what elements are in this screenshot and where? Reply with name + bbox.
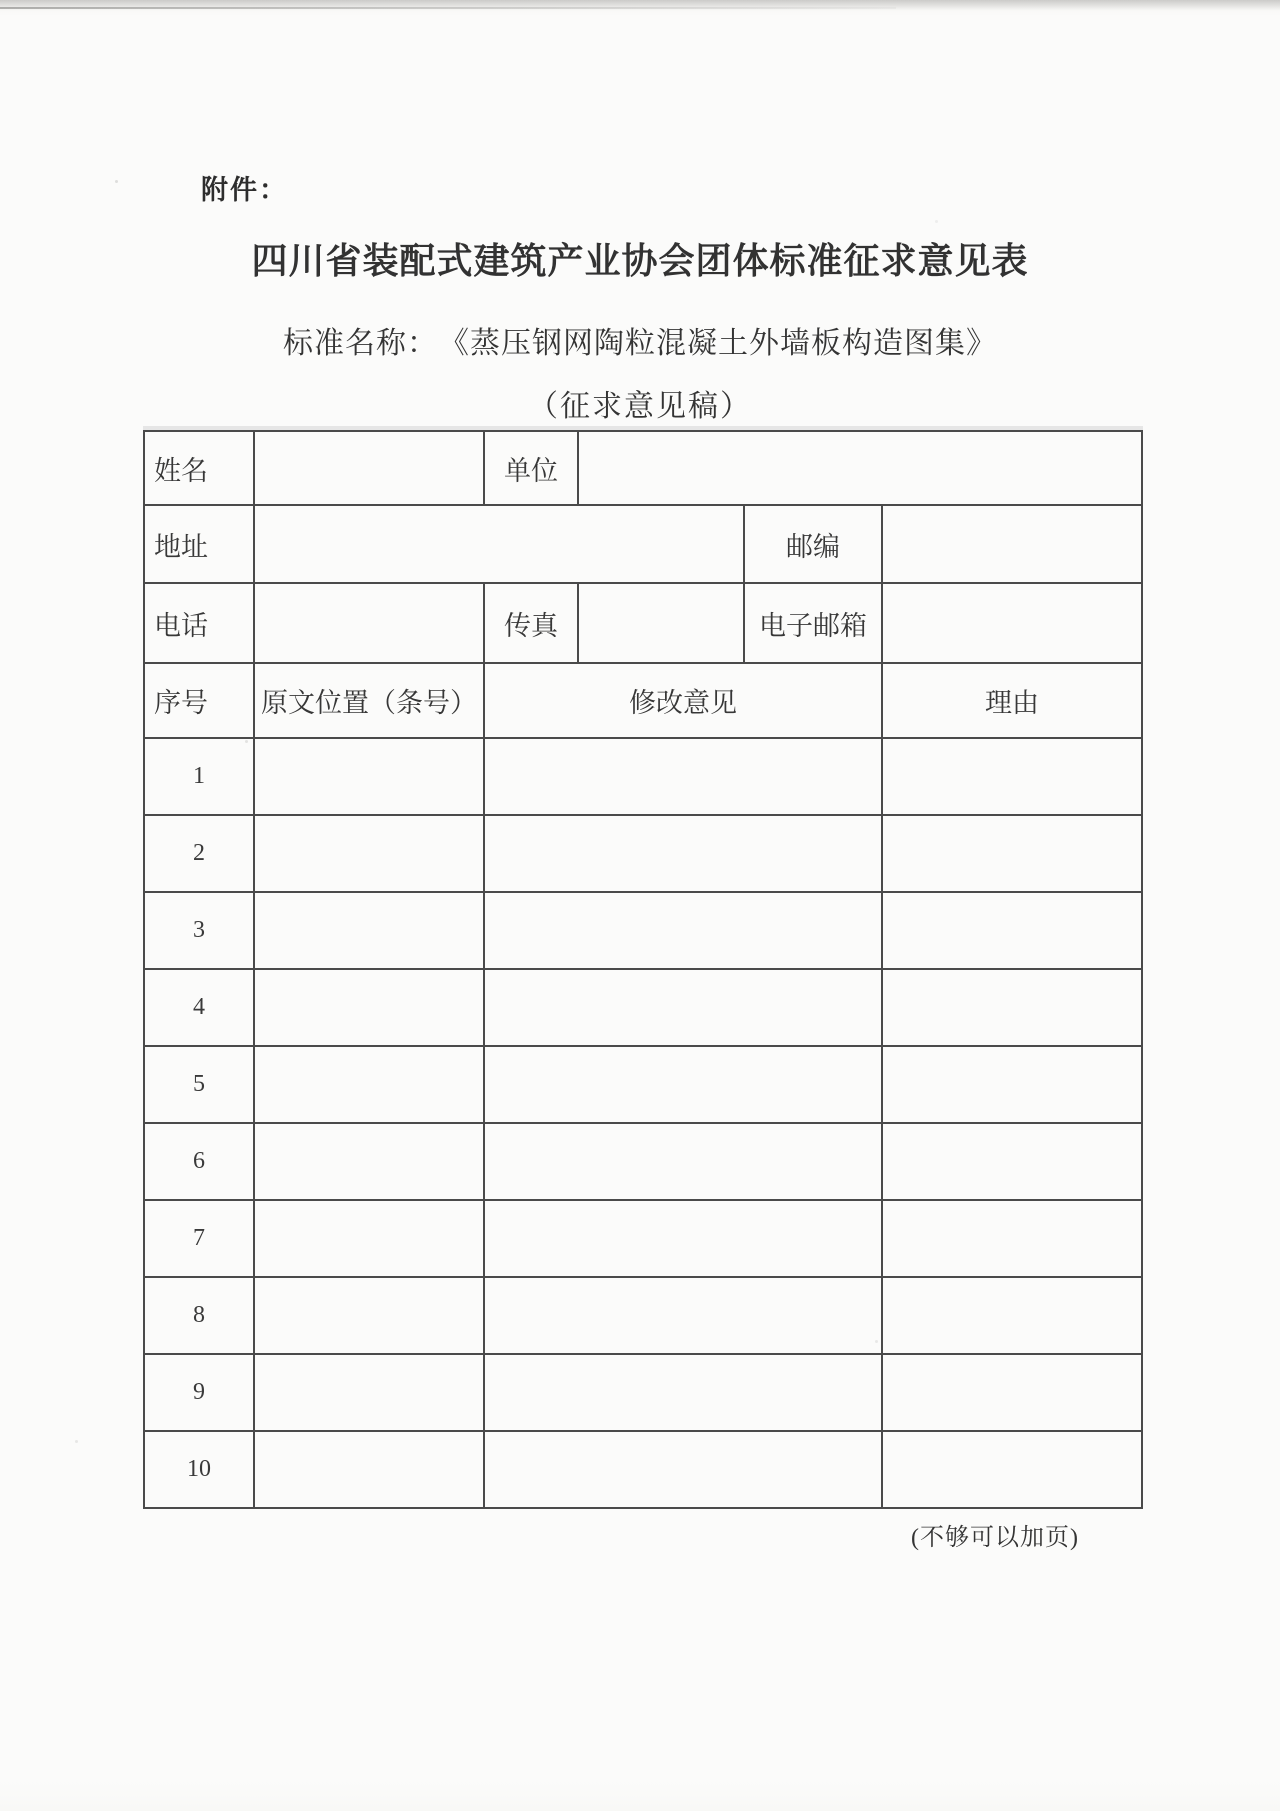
suggestion-cell (484, 969, 882, 1046)
scan-speck-artifact (115, 180, 118, 183)
reason-cell (882, 815, 1142, 892)
comment-row: 9 (144, 1354, 1142, 1431)
standard-name-line: 标准名称：《蒸压钢网陶粒混凝土外墙板构造图集》 (0, 318, 1280, 362)
comment-row: 2 (144, 815, 1142, 892)
attachment-label: 附件： (201, 168, 288, 207)
name-value-cell (254, 431, 484, 505)
comment-row: 5 (144, 1046, 1142, 1123)
draft-note: （征求意见稿） (0, 381, 1280, 425)
postcode-label: 邮编 (744, 505, 882, 583)
reason-cell (882, 1046, 1142, 1123)
address-value-cell (254, 505, 744, 583)
comment-row: 8 (144, 1277, 1142, 1354)
row-number: 4 (144, 969, 254, 1046)
footer-note: (不够可以加页) (875, 1517, 1115, 1552)
row-number: 8 (144, 1277, 254, 1354)
reason-column-header: 理由 (882, 663, 1142, 738)
row-number: 3 (144, 892, 254, 969)
original-position-cell (254, 1277, 484, 1354)
comment-row: 6 (144, 1123, 1142, 1200)
reason-cell (882, 1123, 1142, 1200)
comment-row: 10 (144, 1431, 1142, 1508)
fax-label: 传真 (484, 583, 578, 663)
reason-cell (882, 969, 1142, 1046)
comment-row: 1 (144, 738, 1142, 815)
original-position-cell (254, 1046, 484, 1123)
original-position-cell (254, 1200, 484, 1277)
reason-cell (882, 738, 1142, 815)
position-column-header: 原文位置（条号） (254, 663, 484, 738)
reason-cell (882, 1431, 1142, 1508)
unit-label: 单位 (484, 431, 578, 505)
suggestion-cell (484, 1354, 882, 1431)
reason-cell (882, 892, 1142, 969)
index-column-header: 序号 (144, 663, 254, 738)
address-label: 地址 (144, 505, 254, 583)
standard-name-label: 标准名称： (283, 327, 438, 360)
suggestion-cell (484, 1431, 882, 1508)
page-title: 四川省装配式建筑产业协会团体标准征求意见表 (0, 233, 1280, 284)
suggestion-cell (484, 1277, 882, 1354)
suggestion-cell (484, 1200, 882, 1277)
name-label: 姓名 (144, 431, 254, 505)
phone-value-cell (254, 583, 484, 663)
email-label: 电子邮箱 (744, 583, 882, 663)
email-value-cell (882, 583, 1142, 663)
fax-value-cell (578, 583, 744, 663)
row-number: 2 (144, 815, 254, 892)
standard-name: 《蒸压钢网陶粒混凝土外墙板构造图集》 (454, 327, 997, 360)
comment-row: 4 (144, 969, 1142, 1046)
suggestion-column-header: 修改意见 (484, 663, 882, 738)
original-position-cell (254, 738, 484, 815)
scan-line-artifact (0, 7, 896, 9)
comment-table-header-row: 序号 原文位置（条号） 修改意见 理由 (144, 663, 1142, 738)
contact-row-phone-fax-email: 电话 传真 电子邮箱 (144, 583, 1142, 663)
row-number: 7 (144, 1200, 254, 1277)
reason-cell (882, 1354, 1142, 1431)
comment-rows-body: 12345678910 (144, 738, 1142, 1508)
original-position-cell (254, 1431, 484, 1508)
document-page: 附件： 四川省装配式建筑产业协会团体标准征求意见表 标准名称：《蒸压钢网陶粒混凝… (0, 0, 1280, 1811)
row-number: 5 (144, 1046, 254, 1123)
row-number: 10 (144, 1431, 254, 1508)
original-position-cell (254, 892, 484, 969)
suggestion-cell (484, 892, 882, 969)
suggestion-cell (484, 1046, 882, 1123)
scan-edge-artifact (0, 0, 1280, 14)
original-position-cell (254, 1123, 484, 1200)
reason-cell (882, 1277, 1142, 1354)
unit-value-cell (578, 431, 1142, 505)
row-number: 1 (144, 738, 254, 815)
suggestion-cell (484, 1123, 882, 1200)
original-position-cell (254, 1354, 484, 1431)
phone-label: 电话 (144, 583, 254, 663)
suggestion-cell (484, 738, 882, 815)
suggestion-cell (484, 815, 882, 892)
original-position-cell (254, 815, 484, 892)
contact-row-address-postcode: 地址 邮编 (144, 505, 1142, 583)
comment-row: 7 (144, 1200, 1142, 1277)
row-number: 9 (144, 1354, 254, 1431)
comment-row: 3 (144, 892, 1142, 969)
row-number: 6 (144, 1123, 254, 1200)
postcode-value-cell (882, 505, 1142, 583)
feedback-form-table: 姓名 单位 地址 邮编 电话 传真 电子邮箱 序号 原文位置（ (143, 430, 1143, 1509)
contact-row-name-unit: 姓名 单位 (144, 431, 1142, 505)
reason-cell (882, 1200, 1142, 1277)
original-position-cell (254, 969, 484, 1046)
